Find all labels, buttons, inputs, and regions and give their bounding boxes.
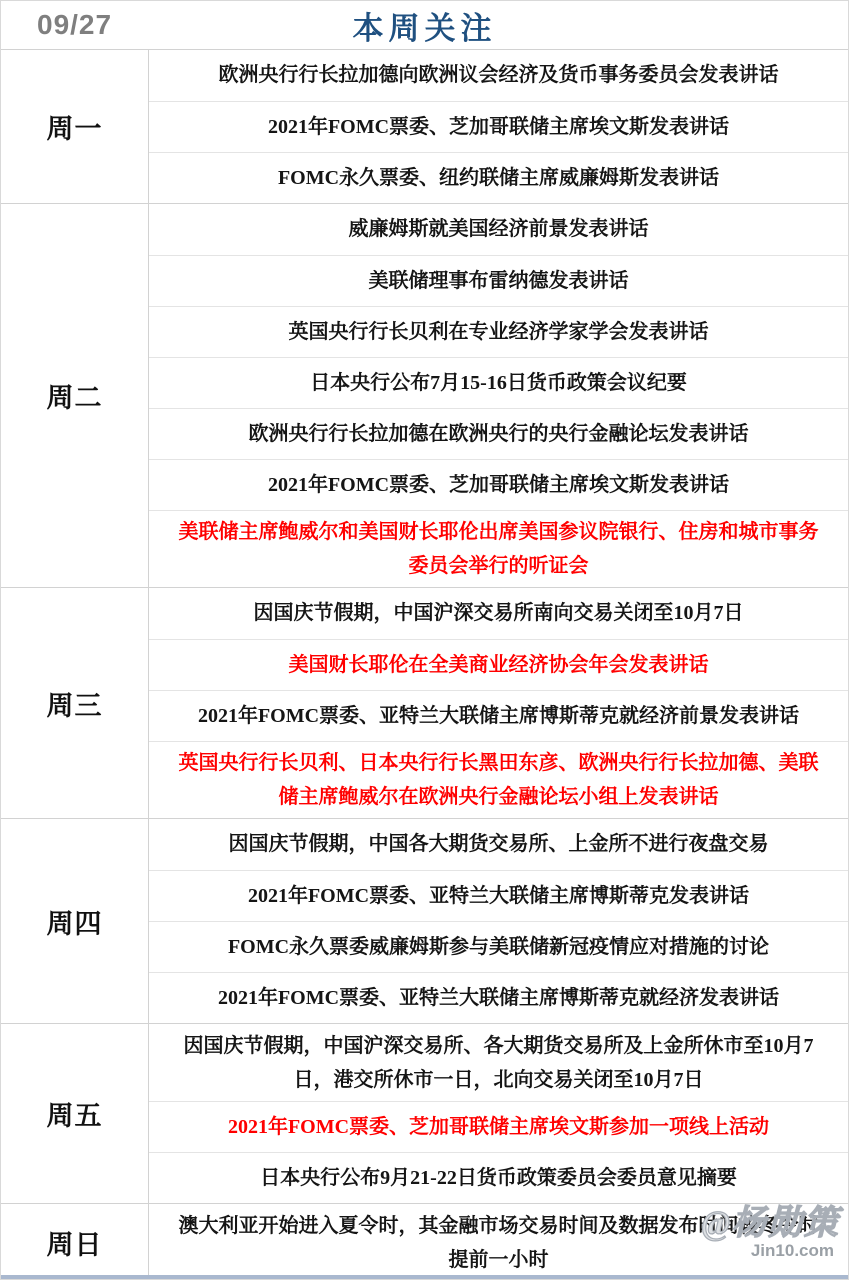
event-row: 因国庆节假期，中国沪深交易所、各大期货交易所及上金所休市至10月7日，港交所休市… [149,1024,848,1101]
event-row: 因国庆节假期，中国沪深交易所南向交易关闭至10月7日 [149,588,848,639]
day-section-sunday: 周日 澳大利亚开始进入夏令时，其金融市场交易时间及数据发布时间较冬令时提前一小时 [1,1203,848,1280]
footer-strip [1,1275,848,1279]
events-column: 因国庆节假期，中国沪深交易所南向交易关闭至10月7日 美国财长耶伦在全美商业经济… [149,588,848,818]
day-section-tuesday: 周二 威廉姆斯就美国经济前景发表讲话 美联储理事布雷纳德发表讲话 英国央行行长贝… [1,203,848,587]
event-row-highlighted: 美国财长耶伦在全美商业经济协会年会发表讲话 [149,639,848,690]
event-row: FOMC永久票委威廉姆斯参与美联储新冠疫情应对措施的讨论 [149,921,848,972]
date-label: 09/27 [37,9,112,41]
event-row: 2021年FOMC票委、亚特兰大联储主席博斯蒂克就经济发表讲话 [149,972,848,1023]
event-row: FOMC永久票委、纽约联储主席威廉姆斯发表讲话 [149,152,848,203]
event-row: 2021年FOMC票委、亚特兰大联储主席博斯蒂克发表讲话 [149,870,848,921]
event-row: 英国央行行长贝利在专业经济学家学会发表讲话 [149,306,848,357]
event-row: 2021年FOMC票委、芝加哥联储主席埃文斯发表讲话 [149,459,848,510]
event-row: 欧洲央行行长拉加德在欧洲央行的央行金融论坛发表讲话 [149,408,848,459]
day-section-thursday: 周四 因国庆节假期，中国各大期货交易所、上金所不进行夜盘交易 2021年FOMC… [1,818,848,1023]
event-row: 因国庆节假期，中国各大期货交易所、上金所不进行夜盘交易 [149,819,848,870]
weekly-focus-card: 09/27 本周关注 周一 欧洲央行行长拉加德向欧洲议会经济及货币事务委员会发表… [0,0,849,1280]
events-column: 威廉姆斯就美国经济前景发表讲话 美联储理事布雷纳德发表讲话 英国央行行长贝利在专… [149,204,848,587]
event-row: 日本央行公布9月21-22日货币政策委员会委员意见摘要 [149,1152,848,1203]
day-section-monday: 周一 欧洲央行行长拉加德向欧洲议会经济及货币事务委员会发表讲话 2021年FOM… [1,49,848,203]
day-label: 周五 [1,1024,149,1203]
event-row: 美联储理事布雷纳德发表讲话 [149,255,848,306]
event-row: 欧洲央行行长拉加德向欧洲议会经济及货币事务委员会发表讲话 [149,50,848,101]
events-column: 欧洲央行行长拉加德向欧洲议会经济及货币事务委员会发表讲话 2021年FOMC票委… [149,50,848,203]
events-column: 因国庆节假期，中国沪深交易所、各大期货交易所及上金所休市至10月7日，港交所休市… [149,1024,848,1203]
day-label: 周二 [1,204,149,587]
event-row-highlighted: 美联储主席鲍威尔和美国财长耶伦出席美国参议院银行、住房和城市事务委员会举行的听证… [149,510,848,587]
event-row: 日本央行公布7月15-16日货币政策会议纪要 [149,357,848,408]
event-row-highlighted: 2021年FOMC票委、芝加哥联储主席埃文斯参加一项线上活动 [149,1101,848,1152]
event-row-highlighted: 英国央行行长贝利、日本央行行长黑田东彦、欧洲央行行长拉加德、美联储主席鲍威尔在欧… [149,741,848,818]
day-label: 周日 [1,1204,149,1280]
events-column: 澳大利亚开始进入夏令时，其金融市场交易时间及数据发布时间较冬令时提前一小时 [149,1204,848,1280]
day-label: 周三 [1,588,149,818]
page-title: 本周关注 [353,3,497,48]
day-section-wednesday: 周三 因国庆节假期，中国沪深交易所南向交易关闭至10月7日 美国财长耶伦在全美商… [1,587,848,818]
day-label: 周四 [1,819,149,1023]
events-column: 因国庆节假期，中国各大期货交易所、上金所不进行夜盘交易 2021年FOMC票委、… [149,819,848,1023]
header: 09/27 本周关注 [1,1,848,49]
event-row: 2021年FOMC票委、芝加哥联储主席埃文斯发表讲话 [149,101,848,152]
event-row: 澳大利亚开始进入夏令时，其金融市场交易时间及数据发布时间较冬令时提前一小时 [149,1204,848,1280]
event-row: 威廉姆斯就美国经济前景发表讲话 [149,204,848,255]
event-row: 2021年FOMC票委、亚特兰大联储主席博斯蒂克就经济前景发表讲话 [149,690,848,741]
day-label: 周一 [1,50,149,203]
day-section-friday: 周五 因国庆节假期，中国沪深交易所、各大期货交易所及上金所休市至10月7日，港交… [1,1023,848,1203]
